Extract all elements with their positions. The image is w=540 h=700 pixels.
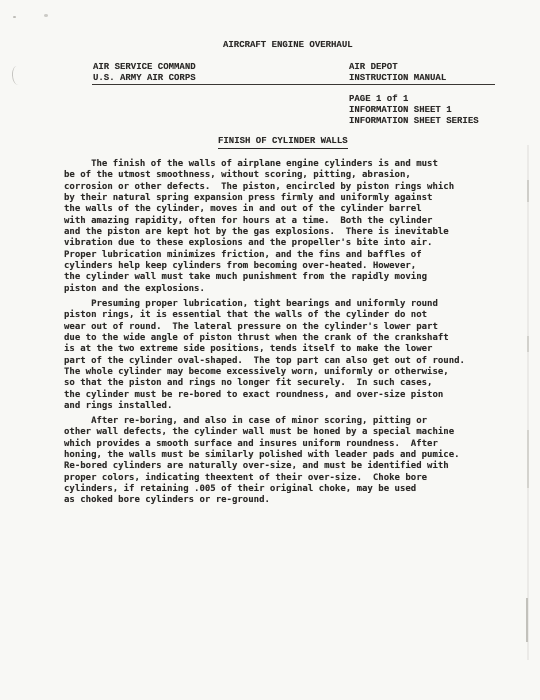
scan-mark-parenthesis <box>11 66 20 86</box>
header-depot: AIR DEPOT <box>349 62 398 73</box>
scan-streak <box>527 180 529 202</box>
pencil-mark <box>13 16 16 18</box>
scan-streak <box>527 145 529 660</box>
header-manual-type: INSTRUCTION MANUAL <box>349 73 446 84</box>
pencil-mark <box>44 14 48 17</box>
page-number: PAGE 1 of 1 <box>349 94 408 105</box>
scanned-document-page: AIRCRAFT ENGINE OVERHAUL AIR SERVICE COM… <box>0 0 540 700</box>
paragraph-wear-out-of-round: Presuming proper lubrication, tight bear… <box>64 299 465 412</box>
scan-streak <box>526 598 528 642</box>
information-sheet-series: INFORMATION SHEET SERIES <box>349 116 479 127</box>
document-title: AIRCRAFT ENGINE OVERHAUL <box>223 40 353 51</box>
paragraph-reboring-honing: After re-boring, and also in case of min… <box>64 416 460 507</box>
header-rule <box>92 84 495 85</box>
information-sheet-number: INFORMATION SHEET 1 <box>349 105 452 116</box>
scan-streak <box>527 336 529 352</box>
header-org-name: AIR SERVICE COMMAND <box>93 62 196 73</box>
scan-streak <box>527 430 529 488</box>
header-org-branch: U.S. ARMY AIR CORPS <box>93 73 196 84</box>
paragraph-cylinder-finish: The finish of the walls of airplane engi… <box>64 159 454 295</box>
section-heading: FINISH OF CYLINDER WALLS <box>218 136 348 149</box>
